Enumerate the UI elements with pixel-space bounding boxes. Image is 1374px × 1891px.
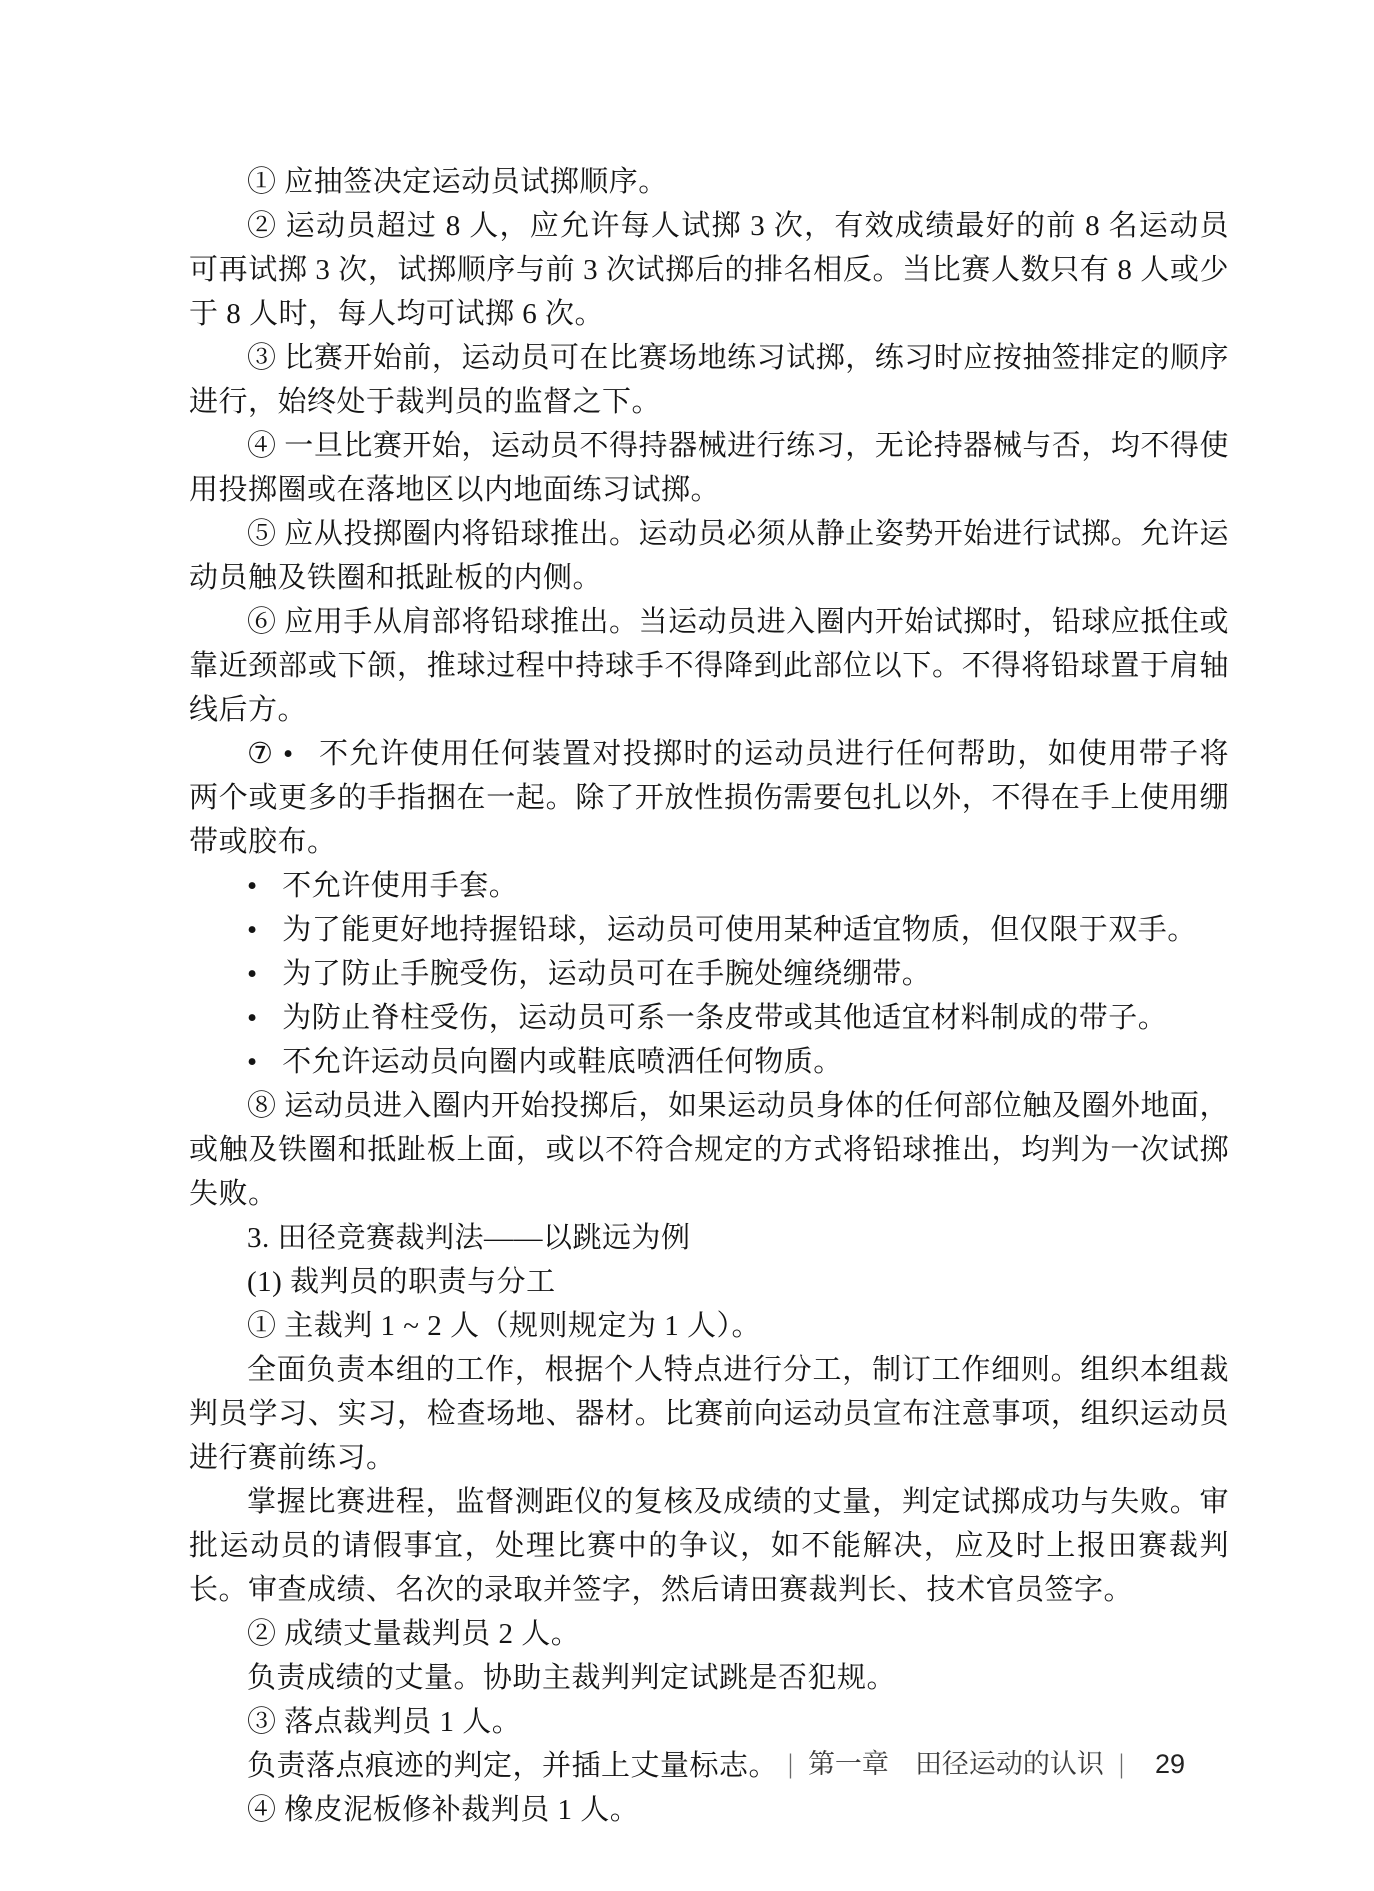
- bullet-item: •不允许运动员向圈内或鞋底喷洒任何物质。: [189, 1040, 1229, 1084]
- paragraph-text: ⑧ 运动员进入圈内开始投掷后，如果运动员身体的任何部位触及圈外地面，或触及铁圈和…: [189, 1090, 1229, 1210]
- paragraph-text: (1) 裁判员的职责与分工: [247, 1266, 556, 1298]
- paragraph-text: 全面负责本组的工作，根据个人特点进行分工，制订工作细则。组织本组裁判员学习、实习…: [189, 1354, 1229, 1474]
- paragraph-text: 掌握比赛进程，监督测距仪的复核及成绩的丈量，判定试掷成功与失败。审批运动员的请假…: [189, 1486, 1229, 1606]
- bullet-marker: ⑦ •: [247, 738, 318, 770]
- page-footer: | 第一章 田径运动的认识 | 29: [787, 1748, 1185, 1780]
- paragraph-text: ④ 一旦比赛开始，运动员不得持器械进行练习，无论持器械与否，均不得使用投掷圈或在…: [189, 430, 1229, 506]
- paragraph: ④ 橡皮泥板修补裁判员 1 人。: [189, 1788, 1229, 1832]
- paragraph-text: ⑥ 应用手从肩部将铅球推出。当运动员进入圈内开始试掷时，铅球应抵住或靠近颈部或下…: [189, 606, 1229, 726]
- footer-page-number: 29: [1155, 1748, 1185, 1780]
- paragraph: ⑤ 应从投掷圈内将铅球推出。运动员必须从静止姿势开始进行试掷。允许运动员触及铁圈…: [189, 512, 1229, 600]
- paragraph: ⑧ 运动员进入圈内开始投掷后，如果运动员身体的任何部位触及圈外地面，或触及铁圈和…: [189, 1084, 1229, 1216]
- footer-separator-left: |: [788, 1748, 792, 1780]
- paragraph-text: ② 运动员超过 8 人，应允许每人试掷 3 次，有效成绩最好的前 8 名运动员可…: [189, 210, 1229, 330]
- footer-section-title: 田径运动的认识: [915, 1748, 1104, 1780]
- bullet-item: •为了能更好地持握铅球，运动员可使用某种适宜物质，但仅限于双手。: [189, 908, 1229, 952]
- bullet-item: •不允许使用手套。: [189, 864, 1229, 908]
- paragraph-text: ④ 橡皮泥板修补裁判员 1 人。: [247, 1794, 639, 1826]
- paragraph: ① 应抽签决定运动员试掷顺序。: [189, 160, 1229, 204]
- paragraph: ② 运动员超过 8 人，应允许每人试掷 3 次，有效成绩最好的前 8 名运动员可…: [189, 204, 1229, 336]
- paragraph: 掌握比赛进程，监督测距仪的复核及成绩的丈量，判定试掷成功与失败。审批运动员的请假…: [189, 1480, 1229, 1612]
- paragraph-text: ③ 落点裁判员 1 人。: [247, 1706, 521, 1738]
- footer-separator-right: |: [1119, 1748, 1123, 1780]
- paragraph: ③ 比赛开始前，运动员可在比赛场地练习试掷，练习时应按抽签排定的顺序进行，始终处…: [189, 336, 1229, 424]
- bullet-item: •为防止脊柱受伤，运动员可系一条皮带或其他适宜材料制成的带子。: [189, 996, 1229, 1040]
- bullet-marker: •: [247, 958, 282, 990]
- bullet-marker: •: [247, 1002, 282, 1034]
- paragraph: (1) 裁判员的职责与分工: [189, 1260, 1229, 1304]
- page-body: ① 应抽签决定运动员试掷顺序。② 运动员超过 8 人，应允许每人试掷 3 次，有…: [189, 160, 1229, 1832]
- paragraph-text: 不允许使用任何装置对投掷时的运动员进行任何帮助，如使用带子将两个或更多的手指捆在…: [189, 738, 1229, 858]
- paragraph: ④ 一旦比赛开始，运动员不得持器械进行练习，无论持器械与否，均不得使用投掷圈或在…: [189, 424, 1229, 512]
- document-page: ① 应抽签决定运动员试掷顺序。② 运动员超过 8 人，应允许每人试掷 3 次，有…: [0, 0, 1374, 1891]
- paragraph: ⑥ 应用手从肩部将铅球推出。当运动员进入圈内开始试掷时，铅球应抵住或靠近颈部或下…: [189, 600, 1229, 732]
- paragraph-text: ① 主裁判 1 ~ 2 人（规则规定为 1 人）。: [247, 1310, 761, 1342]
- paragraph-text: ⑤ 应从投掷圈内将铅球推出。运动员必须从静止姿势开始进行试掷。允许运动员触及铁圈…: [189, 518, 1229, 594]
- paragraph: 3. 田径竞赛裁判法——以跳远为例: [189, 1216, 1229, 1260]
- paragraph: 负责成绩的丈量。协助主裁判判定试跳是否犯规。: [189, 1656, 1229, 1700]
- paragraph-text: ① 应抽签决定运动员试掷顺序。: [247, 166, 668, 198]
- paragraph-text: ② 成绩丈量裁判员 2 人。: [247, 1618, 580, 1650]
- paragraph-text: 不允许使用手套。: [282, 870, 518, 902]
- paragraph-text: 负责成绩的丈量。协助主裁判判定试跳是否犯规。: [247, 1662, 896, 1694]
- paragraph-text: 负责落点痕迹的判定，并插上丈量标志。: [247, 1750, 778, 1782]
- paragraph-text: 为了能更好地持握铅球，运动员可使用某种适宜物质，但仅限于双手。: [282, 914, 1197, 946]
- paragraph: ⑦ •不允许使用任何装置对投掷时的运动员进行任何帮助，如使用带子将两个或更多的手…: [189, 732, 1229, 864]
- paragraph-text: 3. 田径竞赛裁判法——以跳远为例: [247, 1222, 691, 1254]
- paragraph-text: 为了防止手腕受伤，运动员可在手腕处缠绕绷带。: [282, 958, 931, 990]
- paragraph-text: 为防止脊柱受伤，运动员可系一条皮带或其他适宜材料制成的带子。: [282, 1002, 1167, 1034]
- paragraph-text: ③ 比赛开始前，运动员可在比赛场地练习试掷，练习时应按抽签排定的顺序进行，始终处…: [189, 342, 1229, 418]
- paragraph: 全面负责本组的工作，根据个人特点进行分工，制订工作细则。组织本组裁判员学习、实习…: [189, 1348, 1229, 1480]
- bullet-marker: •: [247, 914, 282, 946]
- paragraph: ② 成绩丈量裁判员 2 人。: [189, 1612, 1229, 1656]
- bullet-marker: •: [247, 1046, 282, 1078]
- paragraph-text: 不允许运动员向圈内或鞋底喷洒任何物质。: [282, 1046, 843, 1078]
- paragraph: ① 主裁判 1 ~ 2 人（规则规定为 1 人）。: [189, 1304, 1229, 1348]
- bullet-item: •为了防止手腕受伤，运动员可在手腕处缠绕绷带。: [189, 952, 1229, 996]
- footer-chapter: 第一章: [808, 1748, 889, 1780]
- bullet-marker: •: [247, 870, 282, 902]
- paragraph: ③ 落点裁判员 1 人。: [189, 1700, 1229, 1744]
